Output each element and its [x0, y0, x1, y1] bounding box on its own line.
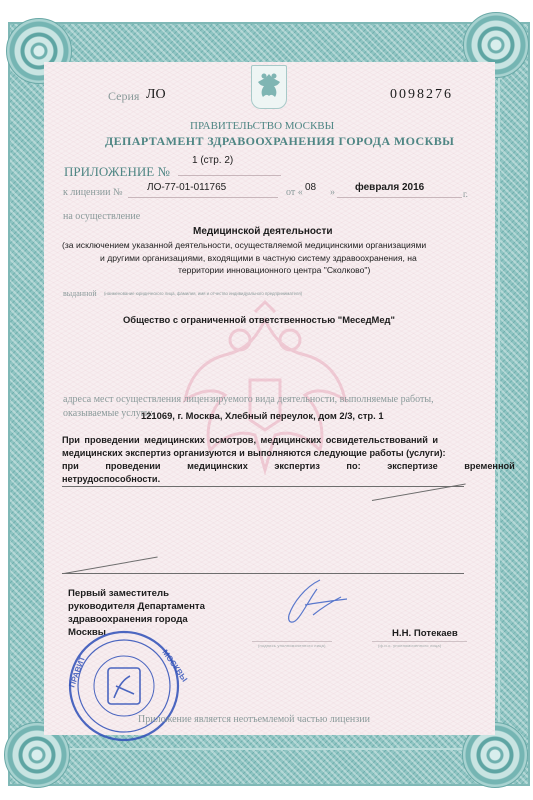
appendix-label: ПРИЛОЖЕНИЕ № — [64, 164, 170, 180]
footer-note: Приложение является неотъемлемой частью … — [138, 714, 370, 725]
services-line: медицинских экспертиз организуются и вып… — [62, 448, 446, 458]
appendix-number: 1 (стр. 2) — [192, 155, 233, 166]
activity-detail-line: и другими организациями, входящими в час… — [100, 253, 417, 263]
date-prefix: от « — [286, 187, 303, 198]
name-caption: (ф.и.о. уполномоченного лица) — [378, 643, 441, 648]
services-line: нетрудоспособности. — [62, 474, 160, 484]
series-label: Серия — [108, 89, 139, 104]
license-day: 08 — [305, 182, 316, 193]
license-label: к лицензии № — [63, 187, 123, 198]
government-title: ПРАВИТЕЛЬСТВО МОСКВЫ — [190, 120, 334, 132]
license-month-year: февраля 2016 — [355, 182, 424, 193]
activity-detail-line: территории инновационного центра "Сколко… — [178, 265, 370, 275]
year-suffix: г. — [463, 189, 468, 199]
department-title: ДЕПАРТАМЕНТ ЗДРАВООХРАНЕНИЯ ГОРОДА МОСКВ… — [105, 134, 454, 149]
license-appendix-document: Серия ЛО 0098276 ПРАВИТЕЛЬСТВО МОСКВЫ ДЕ… — [0, 0, 533, 790]
form-number: 0098276 — [390, 87, 453, 103]
licensee-label-note: (наименование юридического лица, фамилия… — [104, 291, 302, 296]
signatory-position-line: руководителя Департамента — [68, 601, 205, 612]
licensee-name: Общество с ограниченной ответственностью… — [123, 314, 395, 325]
signature-line — [252, 641, 332, 642]
coat-of-arms-icon — [251, 65, 287, 109]
svg-text:МОСКВЫ: МОСКВЫ — [160, 648, 189, 684]
name-line — [372, 641, 467, 642]
address-value: 121069, г. Москва, Хлебный переулок, дом… — [141, 410, 384, 421]
services-line: При проведении медицинских осмотров, мед… — [62, 435, 438, 445]
license-number: ЛО-77-01-011765 — [147, 182, 226, 193]
official-seal-stamp-icon: ПРАВИТ МОСКВЫ — [64, 628, 194, 748]
signatory-position-line: здравоохранения города — [68, 614, 188, 625]
activity-detail-line: (за исключением указанной деятельности, … — [62, 240, 426, 250]
license-number-underline — [128, 197, 278, 198]
address-label-cont: оказываемые услуги: — [63, 408, 153, 419]
activity-title: Медицинской деятельности — [193, 226, 333, 237]
signature-caption: (подпись уполномоченного лица) — [258, 643, 326, 648]
services-end-rule — [62, 486, 464, 487]
handwritten-signature-icon — [275, 575, 365, 635]
address-label: адреса мест осуществления лицензируемого… — [63, 394, 434, 405]
signatory-name: Н.Н. Потекаев — [392, 628, 458, 639]
services-line: при проведении медицинских экспертиз по:… — [62, 461, 515, 471]
license-date-underline — [337, 197, 462, 198]
activity-label: на осуществление — [63, 211, 140, 222]
licensee-label: выданной — [63, 289, 97, 298]
signature-top-rule — [62, 573, 464, 574]
series-value: ЛО — [146, 87, 166, 103]
svg-text:ПРАВИТ: ПРАВИТ — [67, 655, 87, 689]
signatory-position-line: Первый заместитель — [68, 588, 169, 599]
date-day-suffix: » — [330, 187, 335, 198]
appendix-underline — [178, 175, 281, 176]
